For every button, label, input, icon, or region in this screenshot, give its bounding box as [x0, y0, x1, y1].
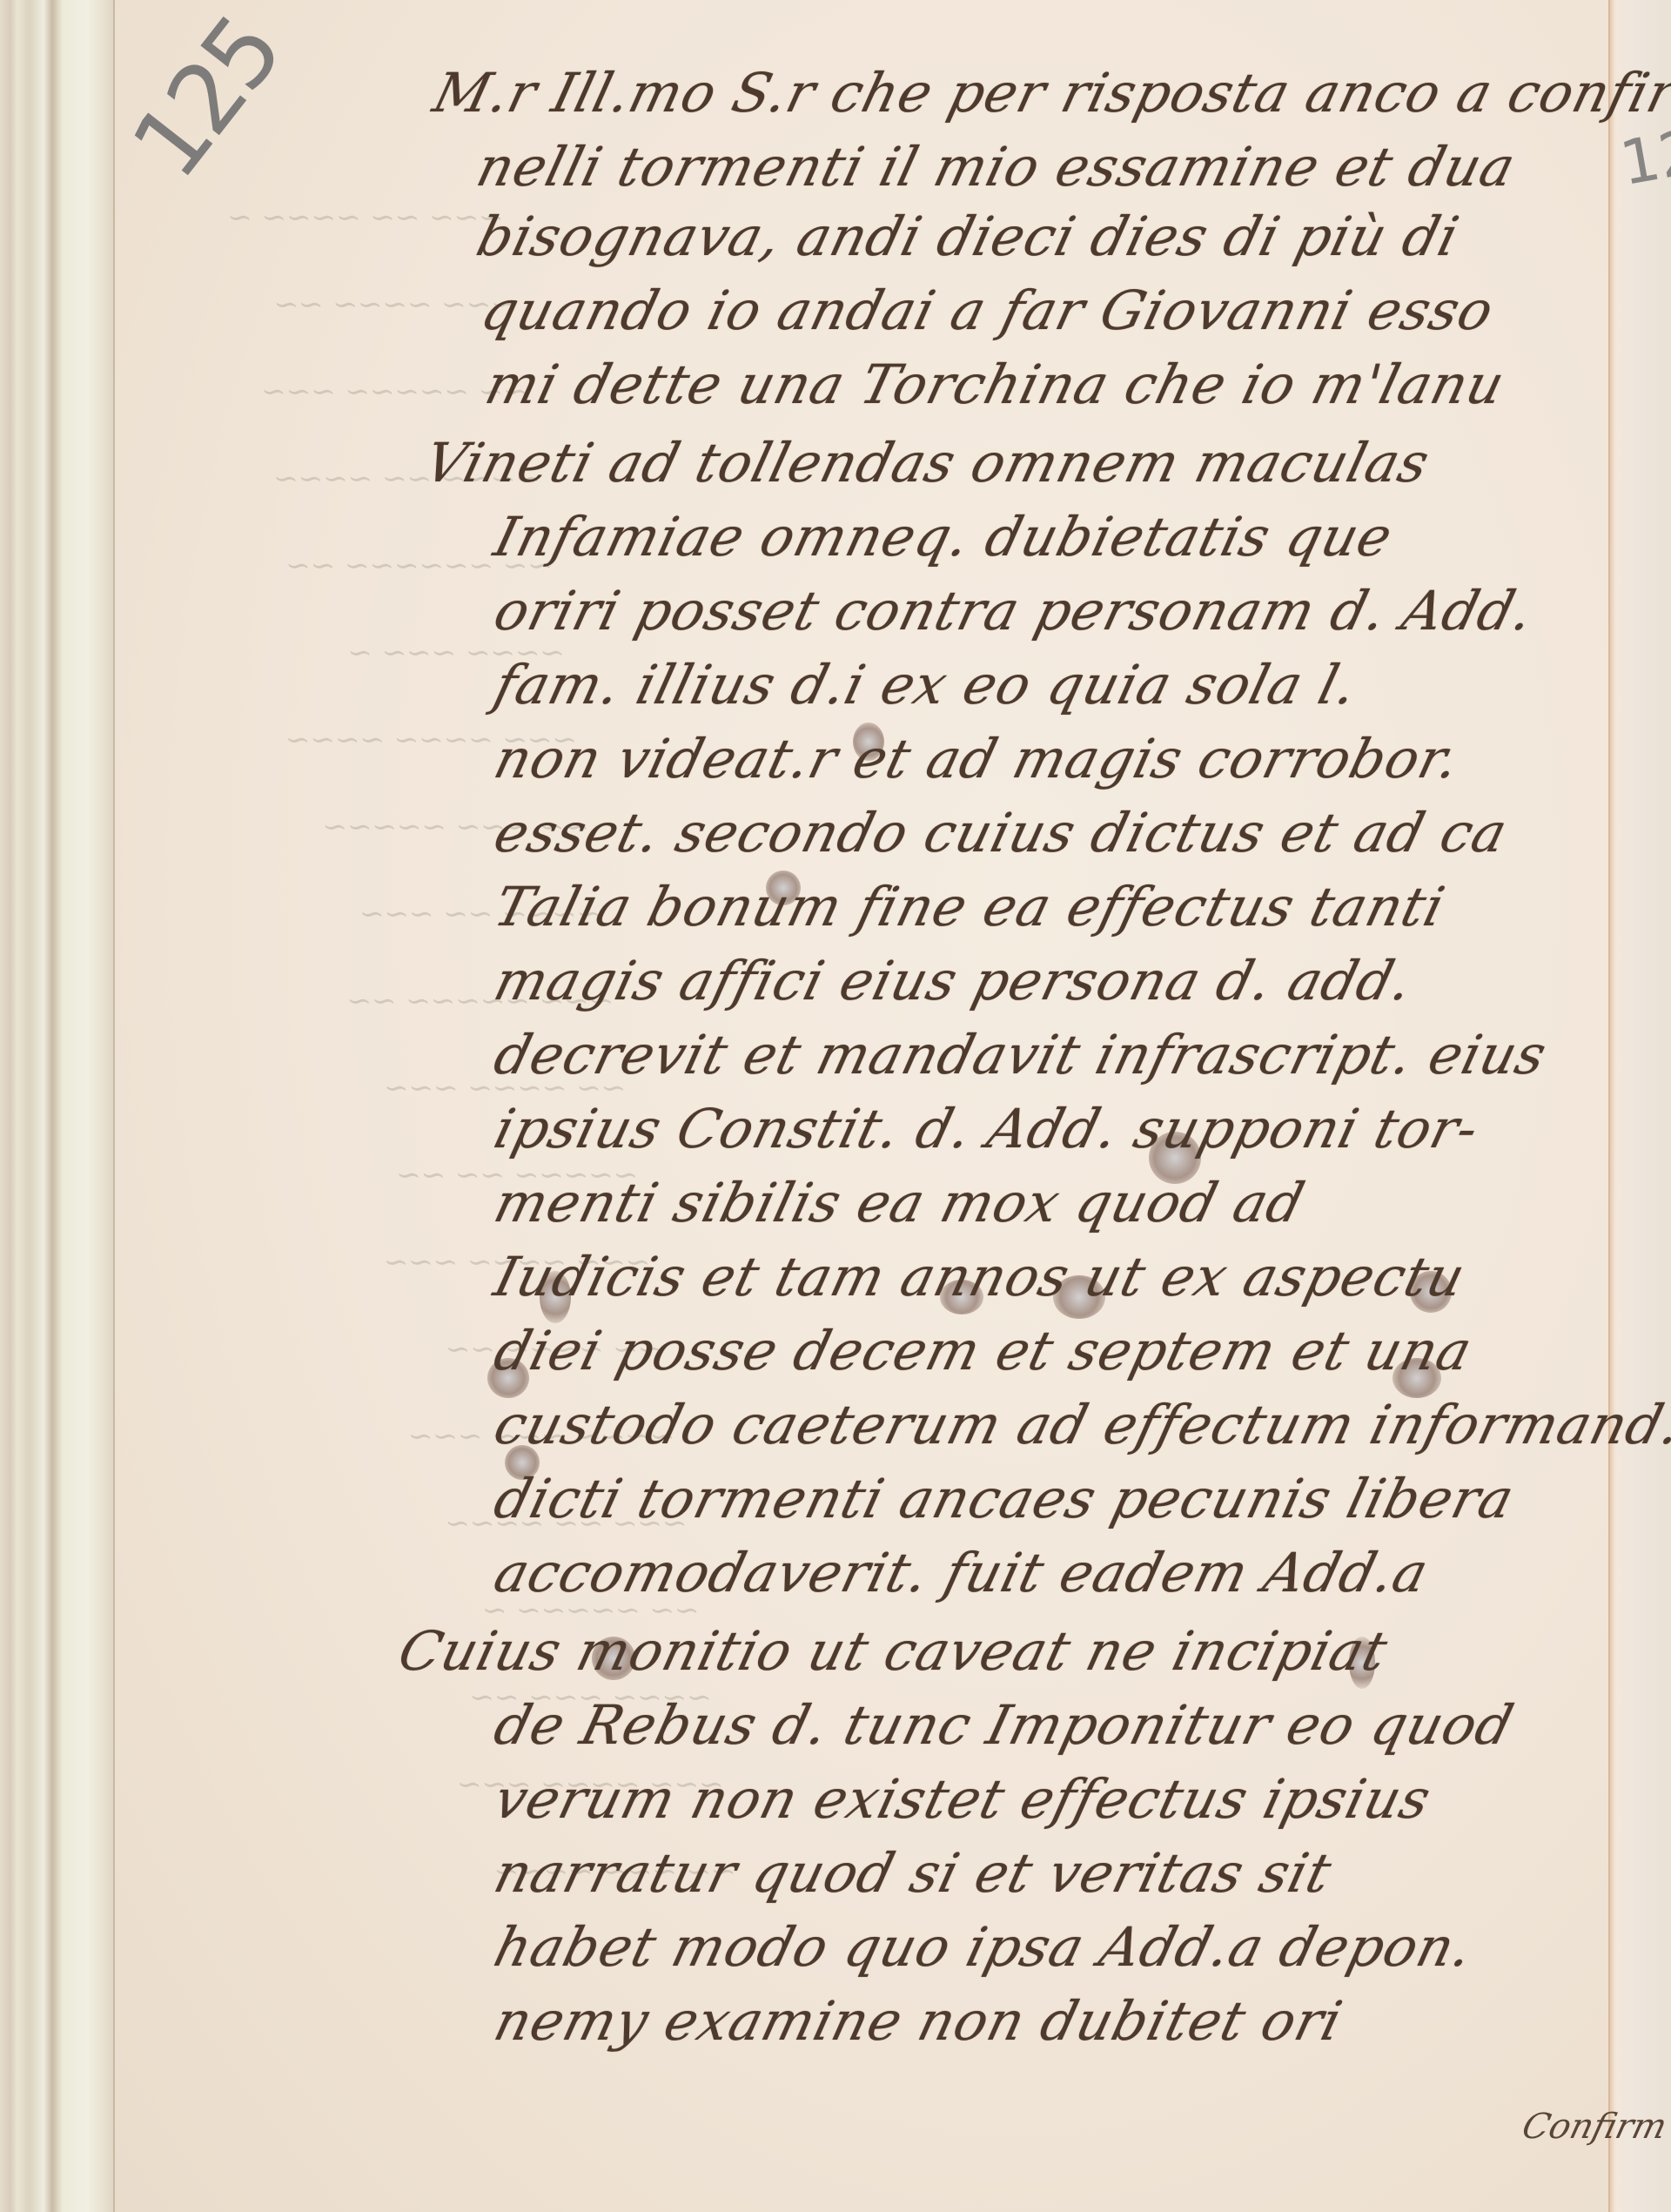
text-line: esset. secondo cuius dictus et ad ca	[488, 801, 1514, 864]
text-line: Infamiae omneq. dubietatis que	[488, 505, 1399, 568]
catchword: Confirm	[1518, 2107, 1671, 2147]
text-line: fam. illius d.i ex eo quia sola l.	[488, 653, 1364, 716]
text-line: non videat.r et ad magis corrobor.	[488, 727, 1466, 790]
text-line: magis affici eius persona d. add.	[488, 949, 1419, 1012]
text-line: M.r Ill.mo S.r che per risposta anco a c…	[427, 61, 1671, 124]
text-line: decrevit et mandavit infrascript. eius	[488, 1023, 1554, 1086]
text-line: oriri posset contra personam d. Add.	[488, 579, 1540, 642]
text-line: Vineti ad tollendas omnem maculas	[419, 431, 1436, 494]
text-line: bisognava, andi dieci dies di più di	[471, 205, 1466, 268]
text-line: de Rebus d. tunc Imponitur eo quod	[488, 1693, 1520, 1757]
text-line: dicti tormenti ancaes pecunis libera	[488, 1467, 1520, 1530]
text-line: Iudicis et tam annos ut ex aspectu	[488, 1245, 1472, 1308]
text-line: nemy examine non dubitet ori	[488, 1989, 1349, 2053]
text-line: mi dette una Torchina che io m'lanu	[480, 353, 1512, 416]
text-line: custodo caeterum ad effectum informand.	[488, 1393, 1671, 1456]
text-line: nelli tormenti il mio essamine et dua	[471, 135, 1522, 198]
text-line: verum non existet effectus ipsius	[488, 1767, 1438, 1831]
book-binding-edges	[0, 0, 131, 2212]
text-line: menti sibilis ea mox quod ad	[488, 1171, 1312, 1234]
text-line: diei posse decem et septem et una	[488, 1319, 1479, 1382]
text-line: ipsius Constit. d. Add. supponi tor-	[488, 1097, 1486, 1160]
text-line: habet modo quo ipsa Add.a depon.	[488, 1915, 1480, 1979]
text-line: accomodaverit. fuit eadem Add.a	[488, 1541, 1435, 1604]
text-line: Cuius monitio ut caveat ne incipiat	[393, 1619, 1394, 1683]
text-line: narratur quod si et veritas sit	[488, 1841, 1339, 1905]
text-line: quando io andai a far Giovanni esso	[475, 279, 1500, 342]
text-line: Talia bonum fine ea effectus tanti	[488, 875, 1452, 938]
adjacent-page-edge	[1608, 0, 1671, 2212]
